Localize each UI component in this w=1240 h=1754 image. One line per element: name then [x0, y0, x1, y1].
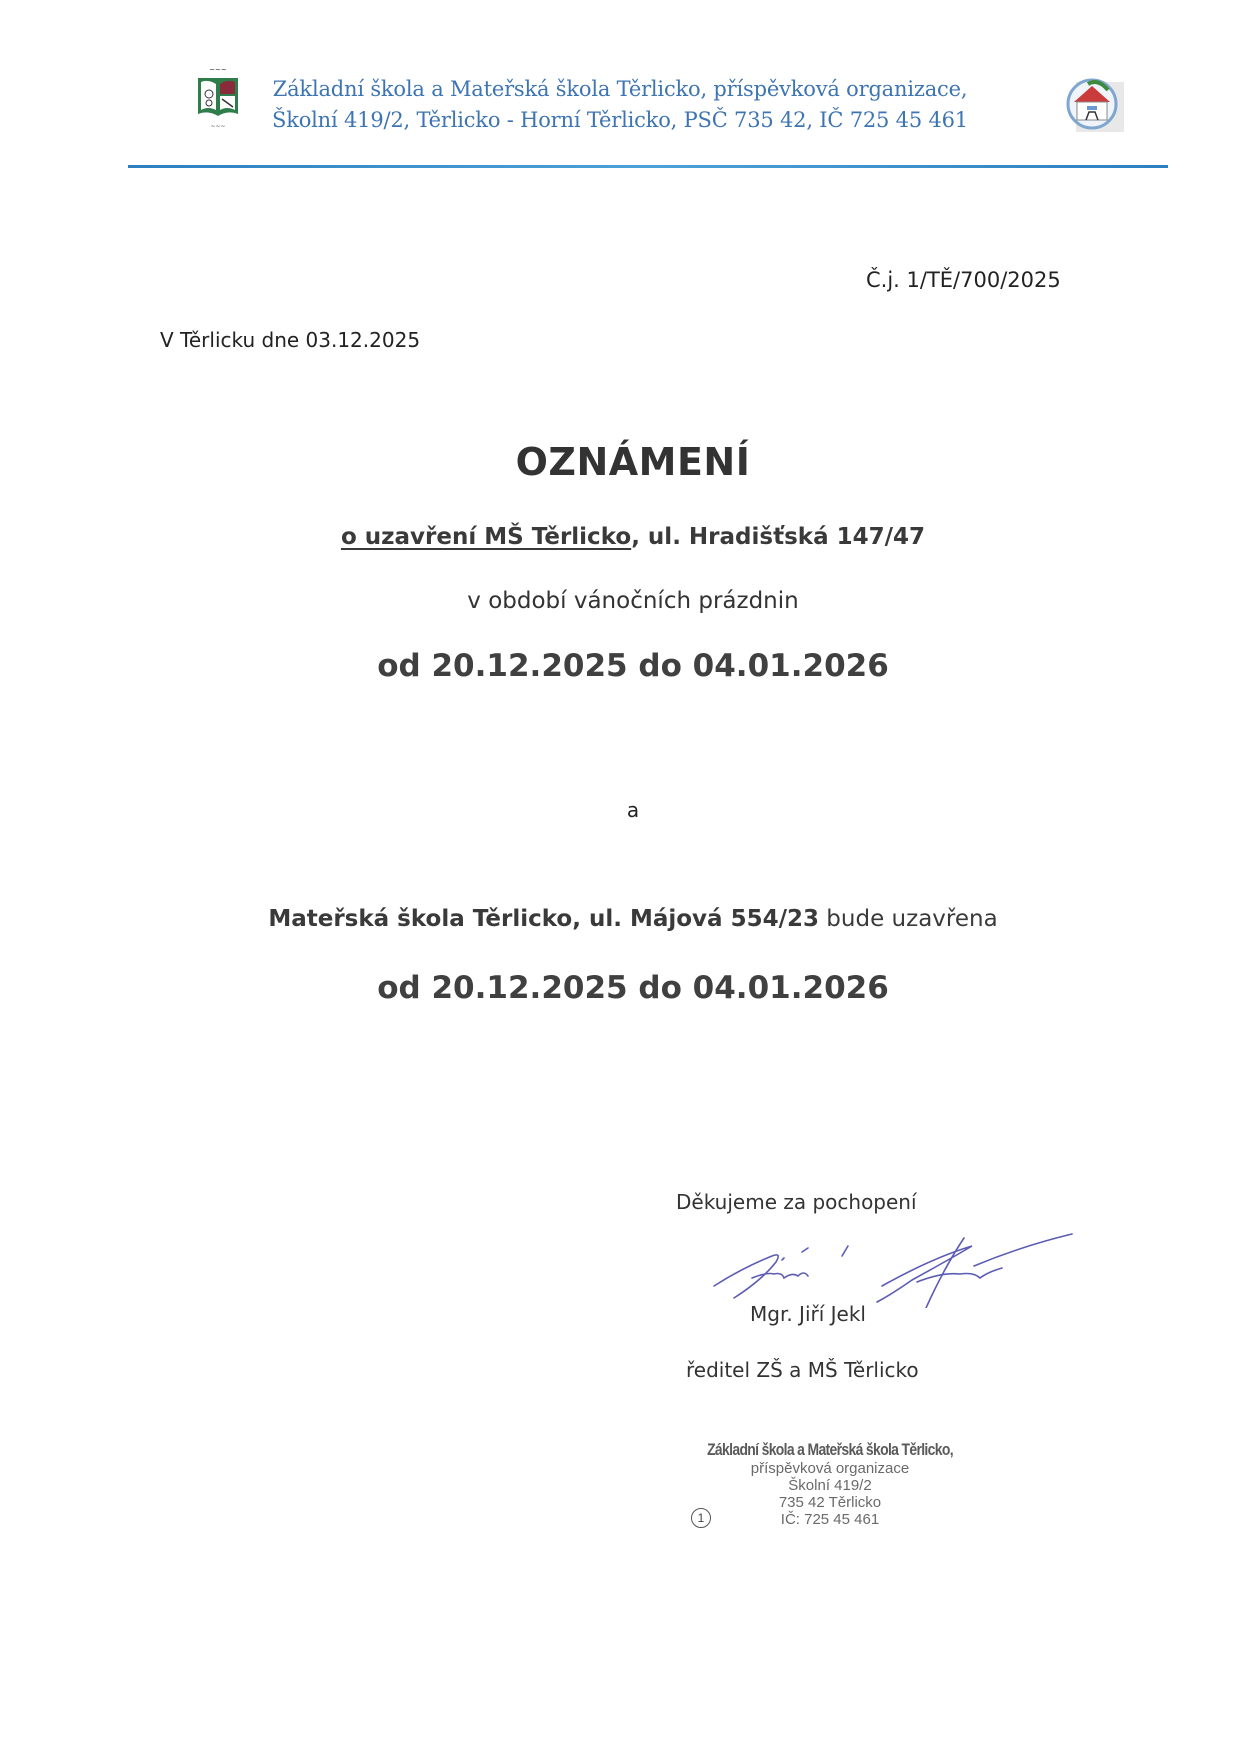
- closing-thanks: Děkujeme za pochopení: [676, 1190, 917, 1214]
- stamp-line-2: příspěvková organizace: [680, 1460, 980, 1477]
- kindergarten-house-icon: [1062, 72, 1128, 138]
- closure-date-range-1: od 20.12.2025 do 04.01.2026: [0, 648, 1240, 684]
- letterhead-line-1: Základní škola a Mateřská škola Těrlicko…: [200, 74, 1040, 105]
- second-school-closure: Mateřská škola Těrlicko, ul. Májová 554/…: [0, 906, 1240, 932]
- second-school-status: bude uzavřena: [819, 906, 998, 932]
- stamp-line-4: 735 42 Těrlicko: [680, 1494, 980, 1511]
- document-title: OZNÁMENÍ: [0, 440, 1240, 484]
- closure-period-label: v období vánočních prázdnin: [0, 588, 1240, 614]
- stamp-line-1: Základní škola a Mateřská škola Těrlicko…: [707, 1440, 953, 1460]
- svg-text:~~~: ~~~: [209, 66, 227, 74]
- stamp-line-3: Školní 419/2: [680, 1477, 980, 1494]
- letterhead-line-2: Školní 419/2, Těrlicko - Horní Těrlicko,…: [200, 105, 1040, 136]
- subject-underlined: o uzavření MŠ Těrlicko: [341, 524, 631, 550]
- second-school-name: Mateřská škola Těrlicko, ul. Májová 554/…: [268, 906, 819, 932]
- letterhead-address: Základní škola a Mateřská škola Těrlicko…: [200, 74, 1040, 136]
- letterhead-divider: [128, 165, 1168, 168]
- conjunction: a: [0, 798, 1240, 822]
- subject-address: , ul. Hradišťská 147/47: [631, 524, 925, 550]
- announcement-subject: o uzavření MŠ Těrlicko, ul. Hradišťská 1…: [0, 524, 1240, 550]
- handwritten-signature: [712, 1228, 1082, 1308]
- official-stamp: Základní škola a Mateřská škola Těrlicko…: [680, 1440, 980, 1528]
- reference-number: Č.j. 1/TĚ/700/2025: [866, 268, 1061, 292]
- signer-role: ředitel ZŠ a MŠ Těrlicko: [686, 1358, 919, 1382]
- stamp-line-5: IČ: 725 45 461: [680, 1511, 980, 1528]
- place-and-date: V Těrlicku dne 03.12.2025: [160, 328, 420, 352]
- stamp-number-circle: 1: [691, 1508, 711, 1528]
- signer-name: Mgr. Jiří Jekl: [750, 1302, 866, 1326]
- closure-date-range-2: od 20.12.2025 do 04.01.2026: [0, 970, 1240, 1006]
